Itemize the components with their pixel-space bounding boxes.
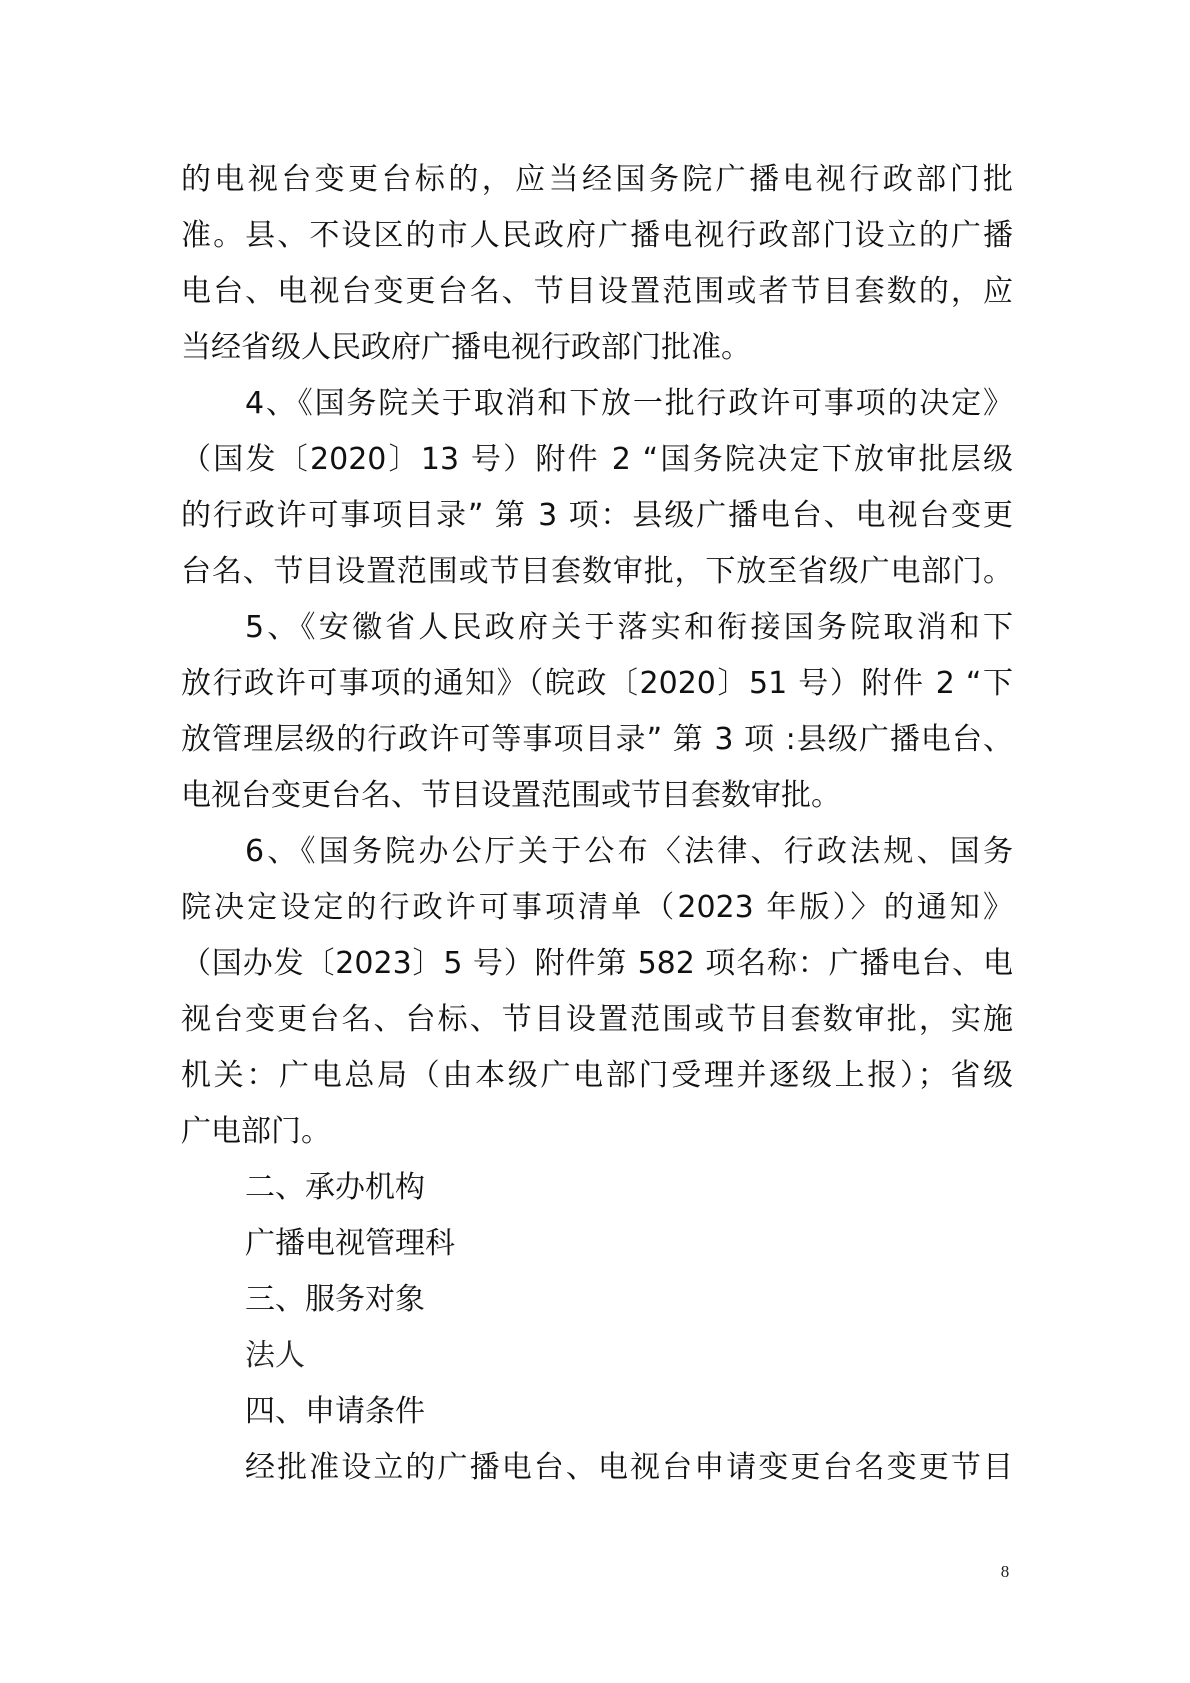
service-target-value: 法人 xyxy=(245,1328,1013,1384)
legal-basis-item-5: 5、《安徽省人民政府关于落实和衔接国务院取消和下 xyxy=(245,600,1013,656)
body-text-line: 机关：广电总局（由本级广电部门受理并逐级上报）；省级 xyxy=(181,1048,1013,1104)
body-text-line: 当经省级人民政府广播电视行政部门批准。 xyxy=(181,320,1013,376)
section-heading-service-target: 三、服务对象 xyxy=(245,1272,1013,1328)
body-text-line: 的电视台变更台标的，应当经国务院广播电视行政部门批 xyxy=(181,152,1013,208)
conditions-text-line: 经批准设立的广播电台、电视台申请变更台名变更节目 xyxy=(245,1440,1013,1496)
organization-value: 广播电视管理科 xyxy=(245,1216,1013,1272)
body-text-line: 广电部门。 xyxy=(181,1104,1013,1160)
body-text-line: 视台变更台名、台标、节目设置范围或节目套数审批，实施 xyxy=(181,992,1013,1048)
legal-basis-item-6: 6、《国务院办公厅关于公布〈法律、行政法规、国务 xyxy=(245,824,1013,880)
body-text-line: 院决定设定的行政许可事项清单（2023 年版）〉的通知》 xyxy=(181,880,1013,936)
body-text-line: （国办发〔2023〕5 号）附件第 582 项名称：广播电台、电 xyxy=(181,936,1013,992)
section-heading-organization: 二、承办机构 xyxy=(245,1160,1013,1216)
body-text-line: 准。县、不设区的市人民政府广播电视行政部门设立的广播 xyxy=(181,208,1013,264)
page-number: 8 xyxy=(990,1562,1020,1582)
body-text-line: 放管理层级的行政许可等事项目录” 第 3 项 :县级广播电台、 xyxy=(181,712,1013,768)
legal-basis-item-4: 4、《国务院关于取消和下放一批行政许可事项的决定》 xyxy=(245,376,1013,432)
body-text-line: 电视台变更台名、节目设置范围或节目套数审批。 xyxy=(181,768,1013,824)
body-text-line: 电台、电视台变更台名、节目设置范围或者节目套数的，应 xyxy=(181,264,1013,320)
body-text-line: （国发〔2020〕13 号）附件 2 “国务院决定下放审批层级 xyxy=(181,432,1013,488)
body-text-line: 放行政许可事项的通知》（皖政〔2020〕51 号）附件 2 “下 xyxy=(181,656,1013,712)
document-page: 的电视台变更台标的，应当经国务院广播电视行政部门批 准。县、不设区的市人民政府广… xyxy=(0,0,1190,1683)
body-text-line: 台名、节目设置范围或节目套数审批，下放至省级广电部门。 xyxy=(181,544,1013,600)
body-text-line: 的行政许可事项目录” 第 3 项：县级广播电台、电视台变更 xyxy=(181,488,1013,544)
section-heading-conditions: 四、申请条件 xyxy=(245,1384,1013,1440)
